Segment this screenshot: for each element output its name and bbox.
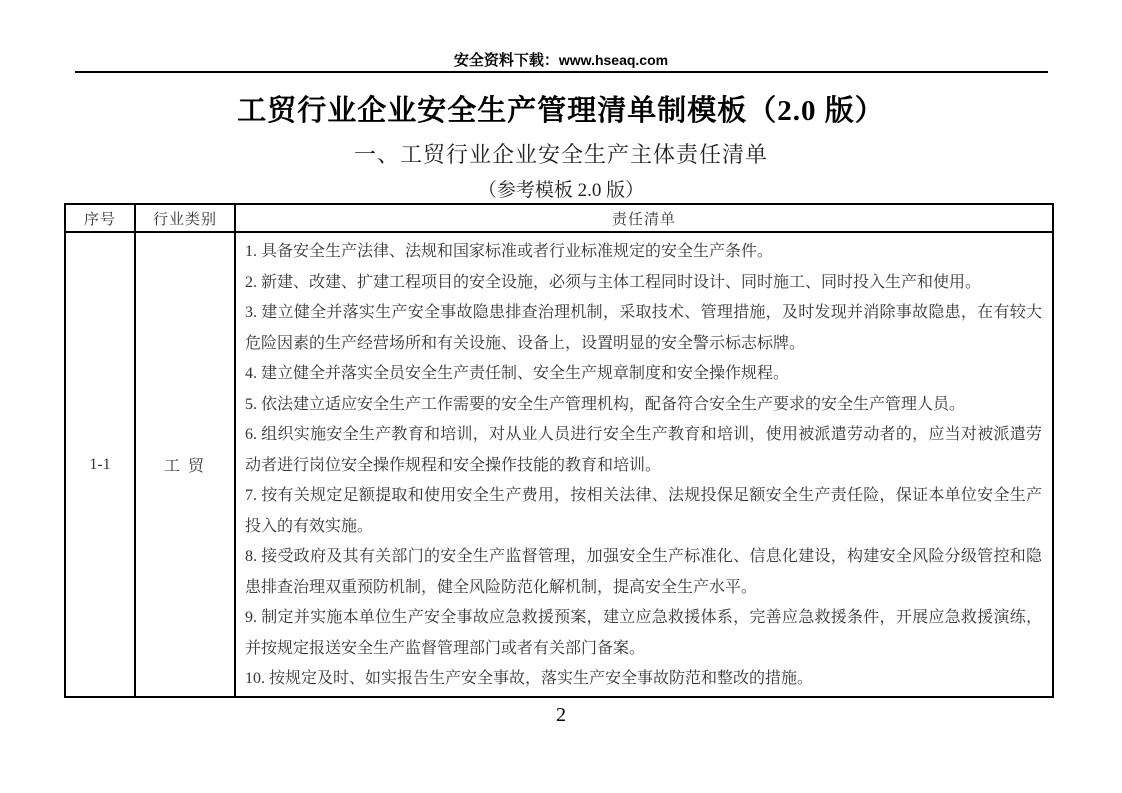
template-version-note: （参考模板 2.0 版） (0, 175, 1122, 202)
section-title: 一、工贸行业企业安全生产主体责任清单 (0, 138, 1122, 169)
responsibility-item: 3. 建立健全并落实生产安全事故隐患排查治理机制，采取技术、管理措施，及时发现并… (245, 298, 1042, 359)
download-label: 安全资料下载： (454, 53, 559, 69)
header-divider (75, 71, 1048, 73)
responsibility-item: 6. 组织实施安全生产教育和培训，对从业人员进行安全生产教育和培训，使用被派遣劳… (245, 420, 1042, 481)
page-number: 2 (0, 704, 1122, 727)
responsibility-item: 2. 新建、改建、扩建工程项目的安全设施，必须与主体工程同时设计、同时施工、同时… (245, 268, 1042, 299)
responsibility-item: 4. 建立健全并落实全员安全生产责任制、安全生产规章制度和安全操作规程。 (245, 359, 1042, 390)
document-title: 工贸行业企业安全生产管理清单制模板（2.0 版） (0, 88, 1122, 129)
responsibility-item: 5. 依法建立适应安全生产工作需要的安全生产管理机构，配备符合安全生产要求的安全… (245, 390, 1042, 421)
responsibility-item: 7. 按有关规定足额提取和使用安全生产费用，按相关法律、法规投保足额安全生产责任… (245, 481, 1042, 542)
responsibility-item: 8. 接受政府及其有关部门的安全生产监督管理，加强安全生产标准化、信息化建设，构… (245, 542, 1042, 603)
col-header-responsibility-list: 责任清单 (236, 205, 1052, 233)
seq-cell: 1-1 (66, 233, 136, 696)
responsibility-items-cell: 1. 具备安全生产法律、法规和国家标准或者行业标准规定的安全生产条件。 2. 新… (236, 233, 1052, 696)
site-header: 安全资料下载：www.hseaq.com (0, 49, 1122, 70)
site-url-link[interactable]: www.hseaq.com (559, 52, 668, 68)
responsibility-table: 序号 行业类别 责任清单 1-1 工 贸 1. 具备安全生产法律、法规和国家标准… (64, 203, 1054, 698)
responsibility-item: 10. 按规定及时、如实报告生产安全事故，落实生产安全事故防范和整改的措施。 (245, 664, 1042, 695)
col-header-seq: 序号 (66, 205, 136, 233)
category-cell: 工 贸 (136, 233, 236, 696)
col-header-category: 行业类别 (136, 205, 236, 233)
responsibility-item: 9. 制定并实施本单位生产安全事故应急救援预案，建立应急救援体系，完善应急救援条… (245, 603, 1042, 664)
responsibility-item: 1. 具备安全生产法律、法规和国家标准或者行业标准规定的安全生产条件。 (245, 237, 1042, 268)
